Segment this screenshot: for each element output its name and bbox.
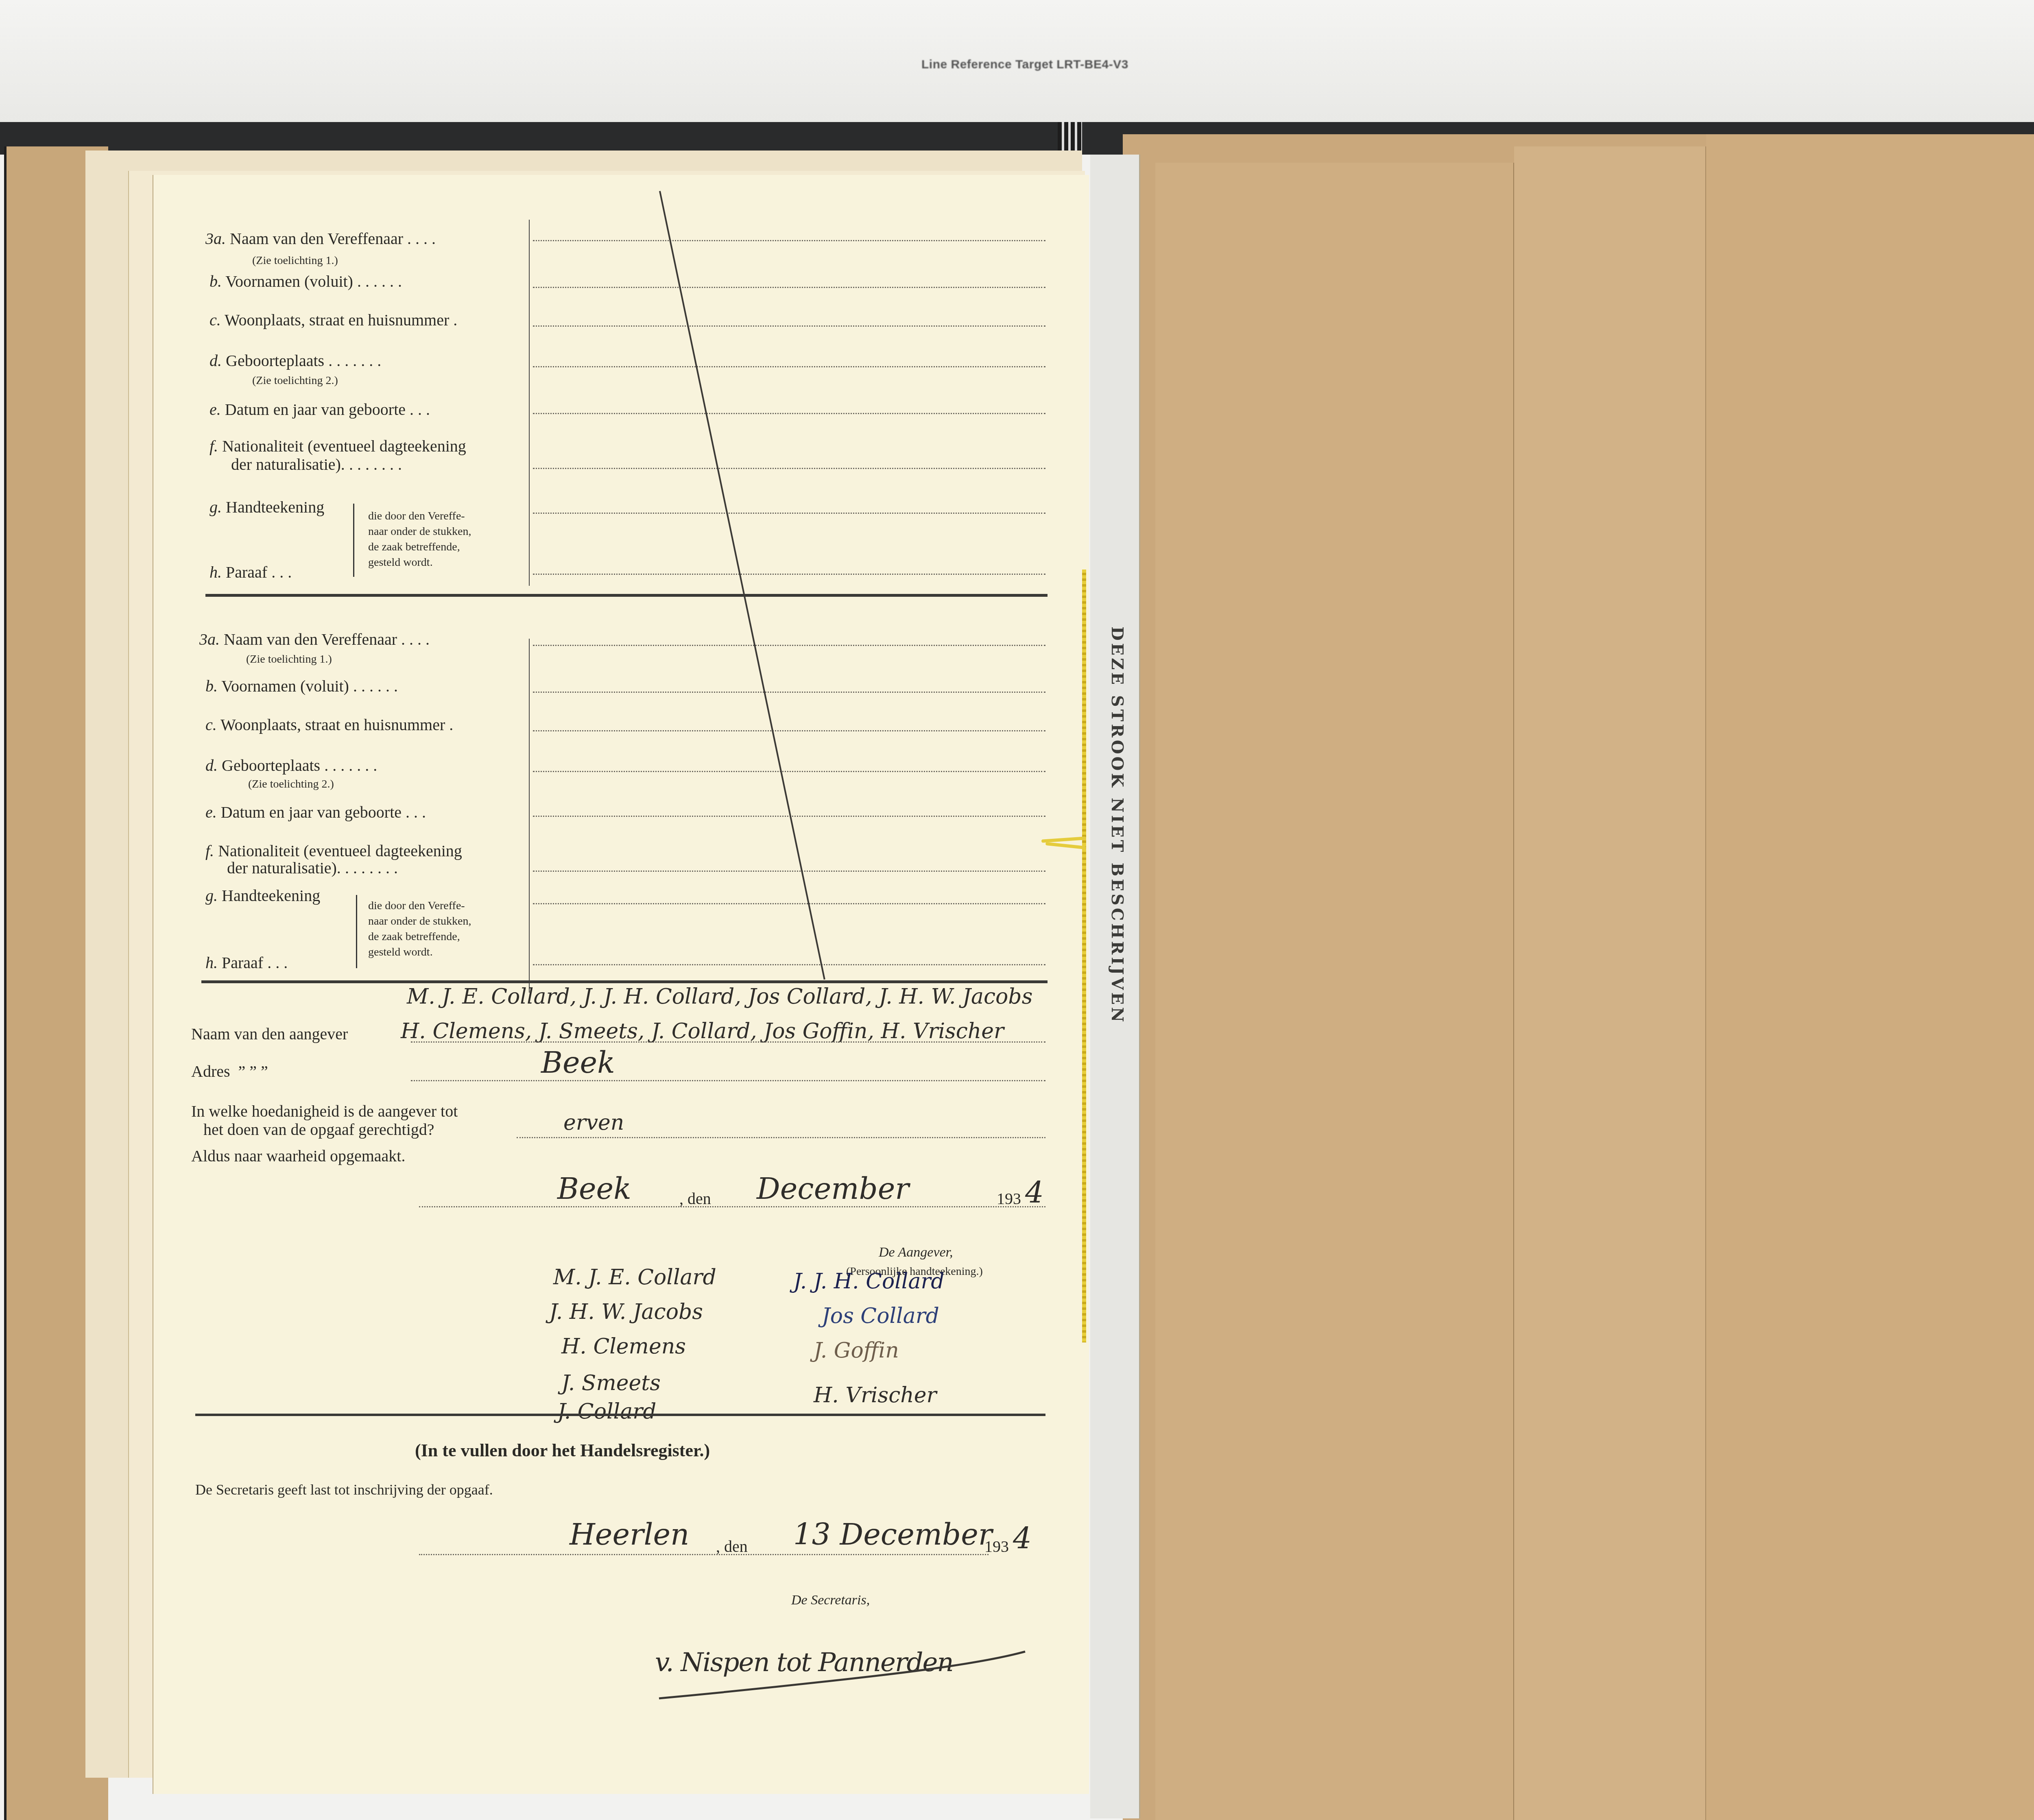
field-label: f. Nationaliteit (eventueel dagteekening bbox=[210, 437, 466, 455]
truth-statement: Aldus naar waarheid opgemaakt. bbox=[191, 1147, 405, 1165]
field-label: 3a. Naam van den Vereffenaar . . . . bbox=[199, 631, 430, 648]
kraft-folder-back bbox=[1706, 134, 2034, 1820]
entry-line bbox=[411, 1080, 1045, 1081]
signature: Jos Collard bbox=[822, 1304, 939, 1328]
aangever-name-label: Naam van den aangever bbox=[191, 1025, 348, 1043]
entry-line bbox=[533, 240, 1045, 241]
year-printed: 193 bbox=[997, 1190, 1021, 1208]
signature: H. Clemens bbox=[561, 1334, 686, 1359]
signature: J. J. H. Collard bbox=[793, 1269, 945, 1294]
secretary-label: De Secretaris, bbox=[791, 1593, 870, 1608]
entry-line bbox=[533, 366, 1045, 367]
field-label: h. Paraaf . . . bbox=[210, 563, 292, 581]
entry-line bbox=[533, 692, 1045, 693]
handwritten-place: Beek bbox=[557, 1172, 631, 1206]
signature: J. H. W. Jacobs bbox=[549, 1300, 703, 1324]
field-label: 3a. Naam van den Vereffenaar . . . . bbox=[205, 230, 436, 248]
handwritten-address: Beek bbox=[541, 1045, 615, 1080]
entry-line bbox=[419, 1206, 1045, 1207]
handwritten-registry-place: Heerlen bbox=[570, 1517, 689, 1552]
entry-line bbox=[533, 468, 1045, 469]
year-printed: 193 bbox=[984, 1538, 1009, 1556]
entry-line bbox=[419, 1554, 989, 1555]
registry-instruction: De Secretaris geeft last tot inschrijvin… bbox=[195, 1481, 493, 1499]
field-label: g. Handteekening bbox=[205, 887, 320, 905]
binding-cord bbox=[1082, 570, 1086, 1342]
entry-line bbox=[533, 325, 1045, 327]
signature: M. J. E. Collard bbox=[553, 1265, 716, 1290]
handwritten-aangever-names-1: M. J. E. Collard, J. J. H. Collard, Jos … bbox=[407, 984, 1032, 1009]
brace-note: die door den Vereffe- naar onder de stuk… bbox=[368, 508, 471, 570]
field-label: f. Nationaliteit (eventueel dagteekening bbox=[205, 842, 462, 860]
scan-target-label: Line Reference Target LRT-BE4-V3 bbox=[921, 58, 1128, 72]
section-rule bbox=[195, 1414, 1045, 1416]
entry-line bbox=[533, 771, 1045, 772]
kraft-folder-panel bbox=[1155, 163, 1514, 1820]
registry-title: (In te vullen door het Handelsregister.) bbox=[415, 1440, 710, 1461]
signature: J. Collard bbox=[557, 1399, 656, 1424]
field-label: b. Voornamen (voluit) . . . . . . bbox=[205, 677, 398, 695]
brace bbox=[356, 895, 363, 968]
capacity-label-2: het doen van de opgaaf gerechtigd? bbox=[203, 1121, 434, 1139]
aangever-caption: De Aangever, bbox=[879, 1245, 953, 1260]
field-label-cont: der naturalisatie). . . . . . . . bbox=[227, 859, 398, 877]
column-divider-1 bbox=[529, 220, 530, 586]
brace bbox=[353, 504, 360, 577]
field-label: d. Geboorteplaats . . . . . . . bbox=[210, 352, 381, 370]
entry-line bbox=[533, 964, 1045, 965]
entry-line bbox=[533, 574, 1045, 575]
kraft-folder-fold bbox=[1514, 146, 1706, 1820]
den-label: , den bbox=[716, 1538, 748, 1556]
handwritten-year-digit: 4 bbox=[1013, 1521, 1032, 1556]
field-note: (Zie toelichting 1.) bbox=[252, 254, 338, 267]
signature: J. Smeets bbox=[561, 1371, 661, 1395]
field-note: (Zie toelichting 1.) bbox=[246, 653, 332, 666]
handwritten-capacity: erven bbox=[563, 1111, 624, 1135]
brace-note: die door den Vereffe- naar onder de stuk… bbox=[368, 898, 471, 960]
entry-line bbox=[411, 1041, 1045, 1043]
field-label: c. Woonplaats, straat en huisnummer . bbox=[205, 716, 453, 734]
entry-line bbox=[533, 513, 1045, 514]
section-rule bbox=[201, 980, 1048, 983]
entry-line bbox=[533, 903, 1045, 904]
entry-line bbox=[533, 730, 1045, 731]
entry-line bbox=[533, 871, 1045, 872]
field-label: c. Woonplaats, straat en huisnummer . bbox=[210, 311, 457, 329]
entry-line bbox=[517, 1137, 1045, 1138]
entry-line bbox=[533, 413, 1045, 414]
address-label: Adres ” ” ” bbox=[191, 1063, 268, 1080]
handwritten-aangever-names-2: H. Clemens, J. Smeets, J. Collard, Jos G… bbox=[401, 1019, 1004, 1043]
signature-flourish bbox=[647, 1627, 1037, 1709]
field-label: h. Paraaf . . . bbox=[205, 954, 288, 972]
field-label-cont: der naturalisatie). . . . . . . . bbox=[231, 456, 402, 474]
field-label: g. Handteekening bbox=[210, 498, 324, 516]
field-label: e. Datum en jaar van geboorte . . . bbox=[205, 803, 426, 821]
handwritten-registry-date: 13 December bbox=[793, 1517, 992, 1552]
capacity-label-1: In welke hoedanigheid is de aangever tot bbox=[191, 1102, 458, 1120]
handwritten-month: December bbox=[757, 1172, 909, 1206]
den-label: , den bbox=[679, 1190, 711, 1208]
column-divider-2 bbox=[529, 639, 530, 993]
field-label: b. Voornamen (voluit) . . . . . . bbox=[210, 273, 402, 290]
field-label: e. Datum en jaar van geboorte . . . bbox=[210, 401, 430, 419]
entry-line bbox=[533, 287, 1045, 288]
field-note: (Zie toelichting 2.) bbox=[252, 374, 338, 387]
signature: J. Goffin bbox=[814, 1338, 899, 1363]
field-note: (Zie toelichting 2.) bbox=[248, 778, 334, 791]
section-rule bbox=[205, 594, 1048, 597]
field-label: d. Geboorteplaats . . . . . . . bbox=[205, 757, 377, 775]
entry-line bbox=[533, 645, 1045, 646]
handwritten-year-digit: 4 bbox=[1025, 1176, 1044, 1210]
signature: H. Vrischer bbox=[814, 1383, 936, 1408]
binding-strip-text: DEZE STROOK NIET BESCHRIJVEN bbox=[1094, 626, 1127, 1318]
